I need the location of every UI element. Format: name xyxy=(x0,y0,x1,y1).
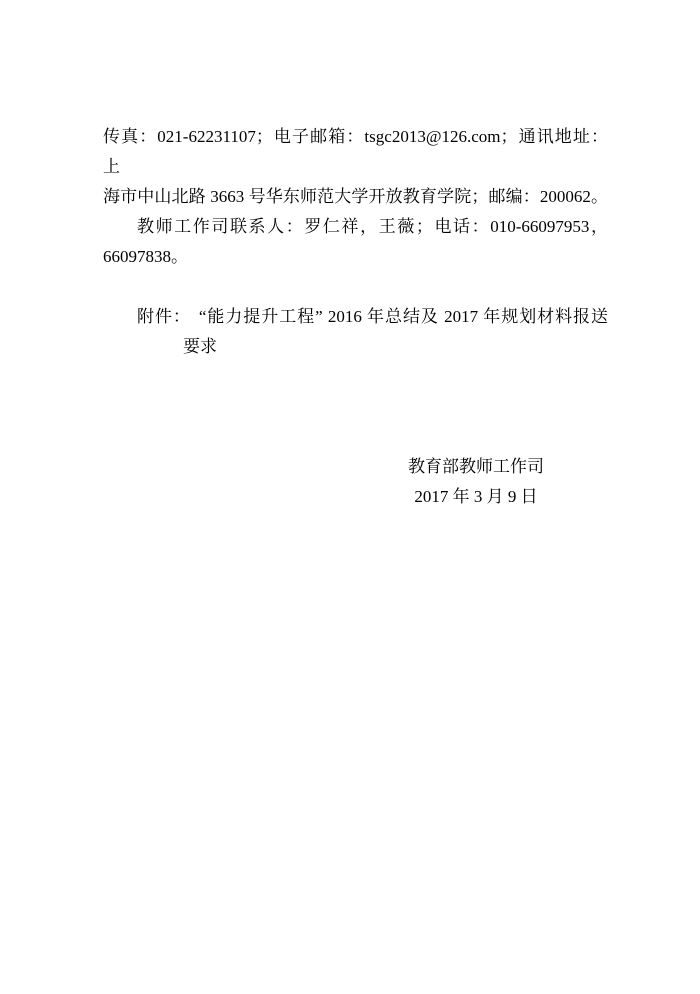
attachment-line: 附件：“能力提升工程” 2016 年总结及 2017 年规划材料报送 xyxy=(103,302,608,332)
attachment-title: “能力提升工程” 2016 年总结及 2017 年规划材料报送 xyxy=(199,307,608,326)
contact-line-address-zip: 海市中山北路 3663 号华东师范大学开放教育学院；邮编：200062。 xyxy=(103,182,608,212)
contact-line-persons-phone: 教师工作司联系人：罗仁祥，王薇；电话：010-66097953， xyxy=(103,212,608,242)
signature-block: 教育部教师工作司 2017 年 3 月 9 日 xyxy=(356,452,596,512)
contact-line-fax-email: 传真：021-62231107；电子邮箱：tsgc2013@126.com；通讯… xyxy=(103,122,608,182)
attachment-label: 附件： xyxy=(137,307,191,326)
signature-date: 2017 年 3 月 9 日 xyxy=(356,482,596,512)
document-page: 传真：021-62231107；电子邮箱：tsgc2013@126.com；通讯… xyxy=(0,0,700,994)
blank-line xyxy=(103,422,608,452)
document-body: 传真：021-62231107；电子邮箱：tsgc2013@126.com；通讯… xyxy=(0,0,700,512)
blank-line xyxy=(103,362,608,392)
blank-line xyxy=(103,272,608,302)
contact-line-phone-continued: 66097838。 xyxy=(103,242,608,272)
attachment-title-continued: 要求 xyxy=(103,332,608,362)
signature-organization: 教育部教师工作司 xyxy=(356,452,596,482)
blank-line xyxy=(103,392,608,422)
